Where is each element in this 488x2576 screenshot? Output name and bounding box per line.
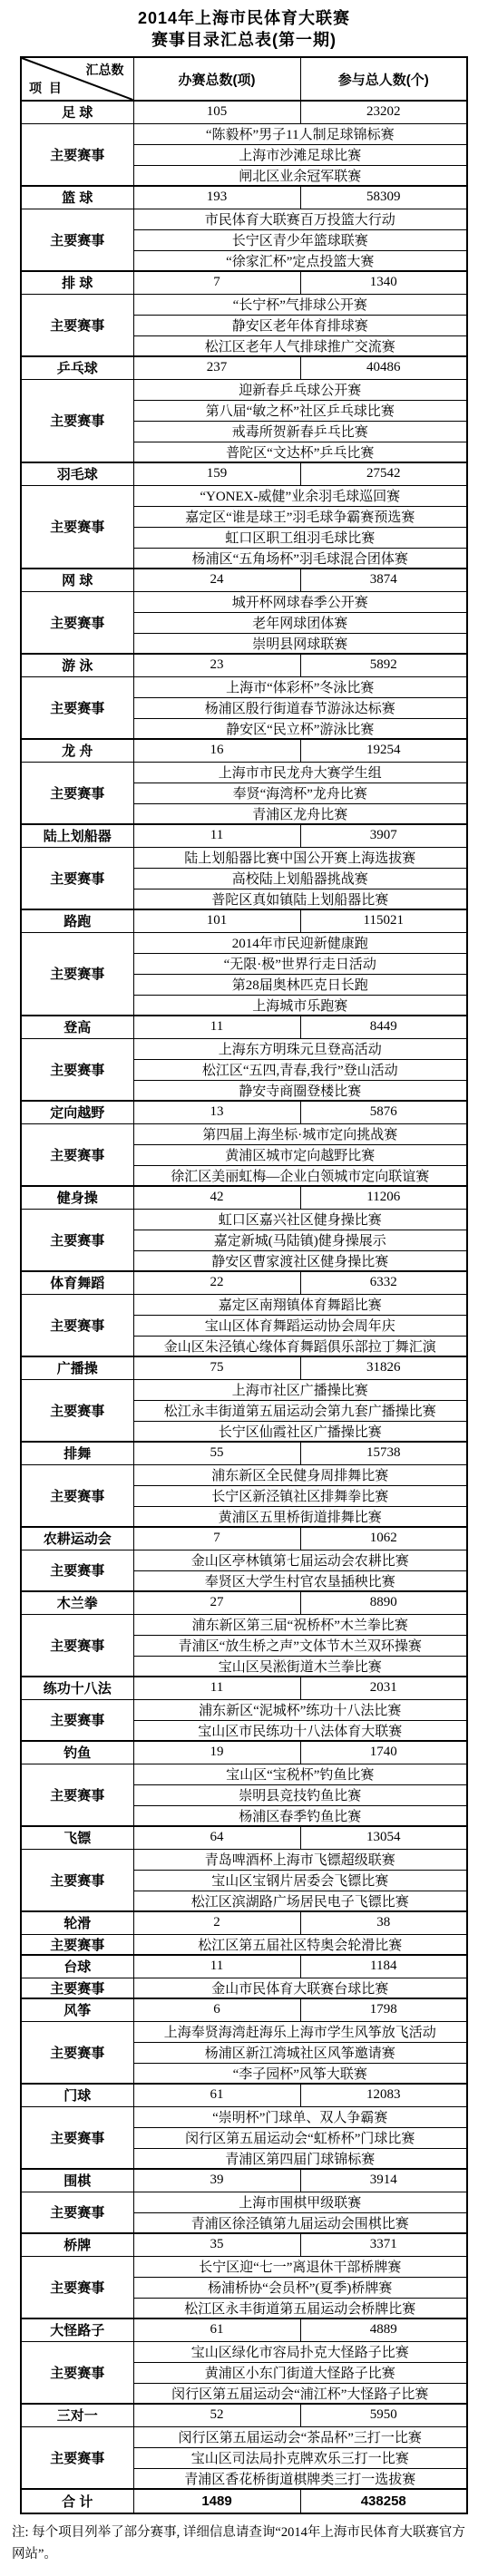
sport-count-cell: 19 xyxy=(133,1741,300,1764)
main-events-label-cell: 主要赛事 xyxy=(21,762,133,824)
sport-participants-cell: 6332 xyxy=(300,1271,467,1294)
event-row: 主要赛事上海奉贤海湾赶海乐上海市学生风筝放飞活动 xyxy=(21,2021,467,2042)
main-events-label-cell: 主要赛事 xyxy=(21,1764,133,1826)
event-name-cell: 闸北区业余冠军联赛 xyxy=(133,165,467,186)
sport-name-cell: 定向越野 xyxy=(21,1101,133,1123)
event-name-cell: 宝山区“宝税杯”钓鱼比赛 xyxy=(133,1764,467,1784)
sport-row: 轮滑238 xyxy=(21,1911,467,1934)
sport-count-cell: 13 xyxy=(133,1101,300,1123)
sport-row: 网 球243874 xyxy=(21,569,467,591)
sport-participants-cell: 38 xyxy=(300,1911,467,1934)
event-name-cell: 上海市社区广播操比赛 xyxy=(133,1379,467,1400)
sport-row: 排 球71340 xyxy=(21,271,467,294)
sport-participants-cell: 31826 xyxy=(300,1356,467,1379)
sport-count-cell: 42 xyxy=(133,1186,300,1209)
sport-name-cell: 体育舞蹈 xyxy=(21,1271,133,1294)
sport-name-cell: 陆上划船器 xyxy=(21,824,133,847)
sport-name-cell: 练功十八法 xyxy=(21,1677,133,1699)
sport-row: 健身操4211206 xyxy=(21,1186,467,1209)
event-row: 主要赛事上海市社区广播操比赛 xyxy=(21,1379,467,1400)
sport-row: 路跑101115021 xyxy=(21,909,467,932)
sport-name-cell: 农耕运动会 xyxy=(21,1527,133,1550)
sport-count-cell: 237 xyxy=(133,356,300,379)
sport-name-cell: 排 球 xyxy=(21,271,133,294)
sport-row: 门球6112083 xyxy=(21,2084,467,2106)
sport-count-cell: 101 xyxy=(133,909,300,932)
main-events-label-cell: 主要赛事 xyxy=(21,485,133,569)
sport-name-cell: 游 泳 xyxy=(21,654,133,676)
event-name-cell: 上海市沙滩足球比赛 xyxy=(133,144,467,165)
main-events-label-cell: 主要赛事 xyxy=(21,2256,133,2318)
event-name-cell: 长宁区迎“七一”离退休干部桥牌赛 xyxy=(133,2256,467,2277)
sport-count-cell: 11 xyxy=(133,1955,300,1978)
event-name-cell: 第四届上海坐标·城市定向挑战赛 xyxy=(133,1123,467,1144)
sport-count-cell: 24 xyxy=(133,569,300,591)
event-name-cell: 嘉定区“谁是球王”羽毛球争霸赛预选赛 xyxy=(133,506,467,527)
event-name-cell: 青岛啤酒杯上海市飞镖超级联赛 xyxy=(133,1849,467,1870)
sport-count-cell: 159 xyxy=(133,462,300,485)
page-title-line2: 赛事目录汇总表(第一期) xyxy=(0,29,488,51)
sport-name-cell: 乒乓球 xyxy=(21,356,133,379)
sport-row: 围棋393914 xyxy=(21,2169,467,2192)
sport-count-cell: 55 xyxy=(133,1442,300,1464)
event-name-cell: 长宁区青少年篮球联赛 xyxy=(133,229,467,250)
event-row: 主要赛事上海市市民龙舟大赛学生组 xyxy=(21,762,467,783)
sport-participants-cell: 3371 xyxy=(300,2233,467,2256)
event-row: 主要赛事浦东新区“泥城杯”练功十八法比赛 xyxy=(21,1699,467,1720)
event-name-cell: 戒毒所贺新春乒乓比赛 xyxy=(133,421,467,442)
sport-participants-cell: 1740 xyxy=(300,1741,467,1764)
sport-participants-cell: 8449 xyxy=(300,1016,467,1038)
event-name-cell: 杨浦桥协“会员杯”(夏季)桥牌赛 xyxy=(133,2277,467,2298)
sport-name-cell: 桥牌 xyxy=(21,2233,133,2256)
main-events-label-cell: 主要赛事 xyxy=(21,379,133,462)
sport-participants-cell: 3907 xyxy=(300,824,467,847)
event-name-cell: 市民体育大联赛百万投篮大行动 xyxy=(133,209,467,229)
event-name-cell: 青浦区第四届门球锦标赛 xyxy=(133,2148,467,2169)
sport-row: 羽毛球15927542 xyxy=(21,462,467,485)
event-name-cell: “徐家汇杯”定点投篮大赛 xyxy=(133,250,467,271)
main-events-label-cell: 主要赛事 xyxy=(21,1699,133,1741)
event-name-cell: 崇明县网球联赛 xyxy=(133,633,467,654)
sport-row: 登高118449 xyxy=(21,1016,467,1038)
sport-row: 三对一525950 xyxy=(21,2404,467,2426)
event-row: 主要赛事青岛啤酒杯上海市飞镖超级联赛 xyxy=(21,1849,467,1870)
footnote: 注: 每个项目列举了部分赛事, 详细信息请查询“2014年上海市民体育大联赛官方… xyxy=(12,2522,476,2576)
event-name-cell: 宝山区体育舞蹈运动协会周年庆 xyxy=(133,1315,467,1336)
event-row: 主要赛事2014年市民迎新健康跑 xyxy=(21,932,467,953)
main-events-label-cell: 主要赛事 xyxy=(21,294,133,356)
sport-name-cell: 篮 球 xyxy=(21,186,133,209)
sport-participants-cell: 27542 xyxy=(300,462,467,485)
main-events-label-cell: 主要赛事 xyxy=(21,847,133,909)
event-name-cell: 崇明县竞技钓鱼比赛 xyxy=(133,1784,467,1805)
event-name-cell: 黄浦区城市定向越野比赛 xyxy=(133,1144,467,1165)
main-events-label-cell: 主要赛事 xyxy=(21,1934,133,1955)
event-name-cell: 金山区亭林镇第七届运动会农耕比赛 xyxy=(133,1550,467,1570)
event-name-cell: 静安区曹家渡社区健身操比赛 xyxy=(133,1250,467,1271)
event-name-cell: 浦东新区“泥城杯”练功十八法比赛 xyxy=(133,1699,467,1720)
sport-count-cell: 61 xyxy=(133,2318,300,2341)
sport-participants-cell: 1798 xyxy=(300,1998,467,2021)
event-name-cell: 第28届奥林匹克日长跑 xyxy=(133,974,467,995)
event-name-cell: 宝山区绿化市容局扑克大怪路子比赛 xyxy=(133,2341,467,2362)
event-name-cell: 闵行区第五届运动会“浦江杯”大怪路子比赛 xyxy=(133,2383,467,2404)
event-name-cell: 青浦区徐泾镇第九届运动会围棋比赛 xyxy=(133,2212,467,2233)
total-row: 合 计 1489 438258 xyxy=(21,2489,467,2513)
event-row: 主要赛事“长宁杯”气排球公开赛 xyxy=(21,294,467,315)
event-name-cell: 第八届“敏之杯”社区乒乓球比赛 xyxy=(133,400,467,421)
event-name-cell: 黄浦区五里桥街道排舞比赛 xyxy=(133,1506,467,1527)
event-name-cell: 虹口区职工组羽毛球比赛 xyxy=(133,527,467,548)
sport-row: 大怪路子614889 xyxy=(21,2318,467,2341)
main-events-label-cell: 主要赛事 xyxy=(21,1294,133,1356)
sport-participants-cell: 1184 xyxy=(300,1955,467,1978)
sport-name-cell: 广播操 xyxy=(21,1356,133,1379)
event-name-cell: 松江永丰街道第五届运动会第九套广播操比赛 xyxy=(133,1400,467,1421)
sport-row: 篮 球19358309 xyxy=(21,186,467,209)
header-corner-top-label: 汇总数 xyxy=(86,61,124,79)
event-name-cell: “崇明杯”门球单、双人争霸赛 xyxy=(133,2106,467,2127)
sport-row: 钓鱼191740 xyxy=(21,1741,467,1764)
sport-row: 龙 舟1619254 xyxy=(21,739,467,762)
event-name-cell: 长宁区新泾镇社区排舞拳比赛 xyxy=(133,1485,467,1506)
event-row: 主要赛事金山市民体育大联赛台球比赛 xyxy=(21,1978,467,1998)
event-name-cell: 普陀区“文达杯”乒乓比赛 xyxy=(133,442,467,462)
sport-count-cell: 27 xyxy=(133,1591,300,1614)
event-name-cell: 杨浦区殷行街道春节游泳达标赛 xyxy=(133,697,467,718)
sport-row: 飞镖6413054 xyxy=(21,1826,467,1849)
sport-row: 台球111184 xyxy=(21,1955,467,1978)
main-events-label-cell: 主要赛事 xyxy=(21,1849,133,1911)
sport-row: 木兰拳278890 xyxy=(21,1591,467,1614)
sport-name-cell: 围棋 xyxy=(21,2169,133,2192)
sport-count-cell: 11 xyxy=(133,1677,300,1699)
event-name-cell: 2014年市民迎新健康跑 xyxy=(133,932,467,953)
col-header-participants-total: 参与总人数(个) xyxy=(300,57,467,101)
event-name-cell: 静安区老年体育排球赛 xyxy=(133,315,467,335)
sport-row: 定向越野135876 xyxy=(21,1101,467,1123)
event-name-cell: 青浦区“放生桥之声”文体节木兰双环操赛 xyxy=(133,1635,467,1656)
sport-participants-cell: 4889 xyxy=(300,2318,467,2341)
main-events-label-cell: 主要赛事 xyxy=(21,2426,133,2489)
event-row: 主要赛事上海市围棋甲级联赛 xyxy=(21,2192,467,2212)
sport-name-cell: 健身操 xyxy=(21,1186,133,1209)
event-row: 主要赛事“崇明杯”门球单、双人争霸赛 xyxy=(21,2106,467,2127)
sport-count-cell: 16 xyxy=(133,739,300,762)
sport-row: 练功十八法112031 xyxy=(21,1677,467,1699)
event-row: 主要赛事第四届上海坐标·城市定向挑战赛 xyxy=(21,1123,467,1144)
header-corner-cell: 汇总数 项 目 xyxy=(21,57,133,101)
sport-participants-cell: 115021 xyxy=(300,909,467,932)
sport-row: 乒乓球23740486 xyxy=(21,356,467,379)
event-name-cell: 高校陆上划船器挑战赛 xyxy=(133,868,467,889)
event-name-cell: 上海市围棋甲级联赛 xyxy=(133,2192,467,2212)
sport-participants-cell: 11206 xyxy=(300,1186,467,1209)
sport-name-cell: 大怪路子 xyxy=(21,2318,133,2341)
sport-name-cell: 登高 xyxy=(21,1016,133,1038)
main-events-label-cell: 主要赛事 xyxy=(21,1614,133,1677)
event-row: 主要赛事“陈毅杯”男子11人制足球锦标赛 xyxy=(21,123,467,144)
sport-count-cell: 75 xyxy=(133,1356,300,1379)
event-name-cell: 松江区“五四,青春,我行”登山活动 xyxy=(133,1059,467,1080)
event-row: 主要赛事浦东新区第三届“祝桥杯”木兰拳比赛 xyxy=(21,1614,467,1635)
sport-count-cell: 6 xyxy=(133,1998,300,2021)
sport-count-cell: 7 xyxy=(133,271,300,294)
main-events-label-cell: 主要赛事 xyxy=(21,1464,133,1527)
event-row: 主要赛事浦东新区全民健身周排舞比赛 xyxy=(21,1464,467,1485)
header-row: 汇总数 项 目 办赛总数(项) 参与总人数(个) xyxy=(21,57,467,101)
event-row: 主要赛事松江区第五届社区特奥会轮滑比赛 xyxy=(21,1934,467,1955)
main-events-label-cell: 主要赛事 xyxy=(21,2021,133,2084)
event-name-cell: 松江区滨湖路广场居民电子飞镖比赛 xyxy=(133,1891,467,1911)
event-name-cell: 长宁区仙霞社区广播操比赛 xyxy=(133,1421,467,1442)
sport-name-cell: 风筝 xyxy=(21,1998,133,2021)
sport-count-cell: 52 xyxy=(133,2404,300,2426)
event-row: 主要赛事宝山区绿化市容局扑克大怪路子比赛 xyxy=(21,2341,467,2362)
sport-name-cell: 网 球 xyxy=(21,569,133,591)
main-events-label-cell: 主要赛事 xyxy=(21,1978,133,1998)
sport-row: 游 泳235892 xyxy=(21,654,467,676)
sport-row: 农耕运动会71062 xyxy=(21,1527,467,1550)
sport-count-cell: 23 xyxy=(133,654,300,676)
sport-name-cell: 轮滑 xyxy=(21,1911,133,1934)
page-title-line1: 2014年上海市民体育大联赛 xyxy=(0,7,488,29)
sport-participants-cell: 1340 xyxy=(300,271,467,294)
event-row: 主要赛事上海东方明珠元旦登高活动 xyxy=(21,1038,467,1059)
main-events-label-cell: 主要赛事 xyxy=(21,123,133,186)
event-name-cell: 陆上划船器比赛中国公开赛上海选拔赛 xyxy=(133,847,467,868)
main-events-label-cell: 主要赛事 xyxy=(21,1379,133,1442)
sport-count-cell: 35 xyxy=(133,2233,300,2256)
event-name-cell: 杨浦区“五角场杯”羽毛球混合团体赛 xyxy=(133,548,467,569)
event-name-cell: 奉贤区大学生村官农垦插秧比赛 xyxy=(133,1570,467,1591)
event-name-cell: 虹口区嘉兴社区健身操比赛 xyxy=(133,1209,467,1230)
document-page: 2014年上海市民体育大联赛 赛事目录汇总表(第一期) 汇总数 项 目 办赛总数… xyxy=(0,0,488,2576)
table-header: 汇总数 项 目 办赛总数(项) 参与总人数(个) xyxy=(21,57,467,101)
event-name-cell: 浦东新区第三届“祝桥杯”木兰拳比赛 xyxy=(133,1614,467,1635)
sport-name-cell: 钓鱼 xyxy=(21,1741,133,1764)
event-row: 主要赛事“YONEX-威健”业余羽毛球巡回赛 xyxy=(21,485,467,506)
main-events-label-cell: 主要赛事 xyxy=(21,2106,133,2169)
event-name-cell: 金山区朱泾镇心缘体育舞蹈俱乐部拉丁舞汇演 xyxy=(133,1336,467,1356)
sport-participants-cell: 13054 xyxy=(300,1826,467,1849)
event-name-cell: “无限·极”世界行走日活动 xyxy=(133,953,467,974)
sport-row: 桥牌353371 xyxy=(21,2233,467,2256)
event-row: 主要赛事迎新春乒乓球公开赛 xyxy=(21,379,467,400)
event-name-cell: 浦东新区全民健身周排舞比赛 xyxy=(133,1464,467,1485)
main-events-label-cell: 主要赛事 xyxy=(21,591,133,654)
event-name-cell: 上海市市民龙舟大赛学生组 xyxy=(133,762,467,783)
event-name-cell: 静安区“民立杯”游泳比赛 xyxy=(133,718,467,739)
event-name-cell: 嘉定新城(马陆镇)健身操展示 xyxy=(133,1230,467,1250)
event-name-cell: 宝山区吴淞街道木兰拳比赛 xyxy=(133,1656,467,1677)
sport-row: 风筝61798 xyxy=(21,1998,467,2021)
sport-participants-cell: 3914 xyxy=(300,2169,467,2192)
event-name-cell: 宝山区宝钢片居委会飞镖比赛 xyxy=(133,1870,467,1891)
sport-name-cell: 门球 xyxy=(21,2084,133,2106)
col-header-events-total: 办赛总数(项) xyxy=(133,57,300,101)
sport-participants-cell: 15738 xyxy=(300,1442,467,1464)
main-events-label-cell: 主要赛事 xyxy=(21,676,133,739)
sport-row: 排舞5515738 xyxy=(21,1442,467,1464)
sport-row: 广播操7531826 xyxy=(21,1356,467,1379)
sport-name-cell: 排舞 xyxy=(21,1442,133,1464)
sport-row: 陆上划船器113907 xyxy=(21,824,467,847)
event-name-cell: 金山市民体育大联赛台球比赛 xyxy=(133,1978,467,1998)
event-name-cell: 青浦区香花桥街道棋牌类三打一选拔赛 xyxy=(133,2468,467,2489)
event-name-cell: 松江区永丰街道第五届运动会桥牌比赛 xyxy=(133,2298,467,2318)
event-name-cell: 松江区第五届社区特奥会轮滑比赛 xyxy=(133,1934,467,1955)
event-row: 主要赛事市民体育大联赛百万投篮大行动 xyxy=(21,209,467,229)
main-events-label-cell: 主要赛事 xyxy=(21,2341,133,2404)
table-footer: 合 计 1489 438258 xyxy=(21,2489,467,2513)
sport-name-cell: 台球 xyxy=(21,1955,133,1978)
sport-count-cell: 7 xyxy=(133,1527,300,1550)
event-name-cell: 上海市“体彩杯”冬泳比赛 xyxy=(133,676,467,697)
sport-count-cell: 39 xyxy=(133,2169,300,2192)
main-events-label-cell: 主要赛事 xyxy=(21,209,133,271)
sport-participants-cell: 3874 xyxy=(300,569,467,591)
event-name-cell: 宝山区市民练功十八法体育大联赛 xyxy=(133,1720,467,1741)
sport-participants-cell: 5876 xyxy=(300,1101,467,1123)
sport-participants-cell: 5892 xyxy=(300,654,467,676)
event-row: 主要赛事上海市“体彩杯”冬泳比赛 xyxy=(21,676,467,697)
event-row: 主要赛事闵行区第五届运动会“茶品杯”三打一比赛 xyxy=(21,2426,467,2447)
table-body: 足 球10523202主要赛事“陈毅杯”男子11人制足球锦标赛上海市沙滩足球比赛… xyxy=(21,101,467,2489)
event-name-cell: 奉贤“海湾杯”龙舟比赛 xyxy=(133,783,467,803)
event-name-cell: 上海奉贤海湾赶海乐上海市学生风筝放飞活动 xyxy=(133,2021,467,2042)
event-row: 主要赛事陆上划船器比赛中国公开赛上海选拔赛 xyxy=(21,847,467,868)
sport-count-cell: 61 xyxy=(133,2084,300,2106)
event-row: 主要赛事嘉定区南翔镇体育舞蹈比赛 xyxy=(21,1294,467,1315)
event-name-cell: 宝山区司法局扑克牌欢乐三打一比赛 xyxy=(133,2447,467,2468)
main-events-label-cell: 主要赛事 xyxy=(21,1209,133,1271)
sport-count-cell: 11 xyxy=(133,1016,300,1038)
event-name-cell: “长宁杯”气排球公开赛 xyxy=(133,294,467,315)
event-name-cell: “YONEX-威健”业余羽毛球巡回赛 xyxy=(133,485,467,506)
event-name-cell: 上海东方明珠元旦登高活动 xyxy=(133,1038,467,1059)
event-name-cell: 闵行区第五届运动会“茶品杯”三打一比赛 xyxy=(133,2426,467,2447)
event-name-cell: 杨浦区新江湾城社区风筝邀请赛 xyxy=(133,2042,467,2063)
sport-count-cell: 22 xyxy=(133,1271,300,1294)
sport-name-cell: 路跑 xyxy=(21,909,133,932)
sport-count-cell: 105 xyxy=(133,101,300,123)
sport-count-cell: 64 xyxy=(133,1826,300,1849)
sport-name-cell: 三对一 xyxy=(21,2404,133,2426)
event-name-cell: 闵行区第五届运动会“虹桥杯”门球比赛 xyxy=(133,2127,467,2148)
main-events-label-cell: 主要赛事 xyxy=(21,2192,133,2233)
main-events-label-cell: 主要赛事 xyxy=(21,1550,133,1591)
sport-name-cell: 木兰拳 xyxy=(21,1591,133,1614)
event-row: 主要赛事城开杯网球春季公开赛 xyxy=(21,591,467,612)
total-label-cell: 合 计 xyxy=(21,2489,133,2513)
event-name-cell: 普陀区真如镇陆上划船器比赛 xyxy=(133,889,467,909)
event-row: 主要赛事金山区亭林镇第七届运动会农耕比赛 xyxy=(21,1550,467,1570)
sport-participants-cell: 8890 xyxy=(300,1591,467,1614)
sport-name-cell: 羽毛球 xyxy=(21,462,133,485)
event-name-cell: “李子园杯”风筝大联赛 xyxy=(133,2063,467,2084)
sport-row: 足 球10523202 xyxy=(21,101,467,123)
event-name-cell: 松江区老年人气排球推广交流赛 xyxy=(133,335,467,356)
sport-participants-cell: 58309 xyxy=(300,186,467,209)
event-name-cell: “陈毅杯”男子11人制足球锦标赛 xyxy=(133,123,467,144)
main-events-label-cell: 主要赛事 xyxy=(21,1123,133,1186)
event-row: 主要赛事长宁区迎“七一”离退休干部桥牌赛 xyxy=(21,2256,467,2277)
header-corner-bottom-label: 项 目 xyxy=(29,79,63,97)
event-row: 主要赛事宝山区“宝税杯”钓鱼比赛 xyxy=(21,1764,467,1784)
sport-count-cell: 11 xyxy=(133,824,300,847)
event-name-cell: 上海城市乐跑赛 xyxy=(133,995,467,1016)
event-name-cell: 老年网球团体赛 xyxy=(133,612,467,633)
sport-participants-cell: 23202 xyxy=(300,101,467,123)
event-name-cell: 徐汇区美丽虹梅—企业白领城市定向联谊赛 xyxy=(133,1165,467,1186)
sport-participants-cell: 12083 xyxy=(300,2084,467,2106)
event-name-cell: 城开杯网球春季公开赛 xyxy=(133,591,467,612)
event-row: 主要赛事虹口区嘉兴社区健身操比赛 xyxy=(21,1209,467,1230)
event-name-cell: 静安寺商圈登楼比赛 xyxy=(133,1080,467,1101)
sport-participants-cell: 5950 xyxy=(300,2404,467,2426)
event-name-cell: 迎新春乒乓球公开赛 xyxy=(133,379,467,400)
sport-name-cell: 飞镖 xyxy=(21,1826,133,1849)
sport-participants-cell: 19254 xyxy=(300,739,467,762)
sport-name-cell: 足 球 xyxy=(21,101,133,123)
sport-count-cell: 2 xyxy=(133,1911,300,1934)
sport-name-cell: 龙 舟 xyxy=(21,739,133,762)
main-events-label-cell: 主要赛事 xyxy=(21,932,133,1016)
event-name-cell: 黄浦区小东门街道大怪路子比赛 xyxy=(133,2362,467,2383)
main-events-label-cell: 主要赛事 xyxy=(21,1038,133,1101)
sport-participants-cell: 2031 xyxy=(300,1677,467,1699)
total-count-cell: 1489 xyxy=(133,2489,300,2513)
summary-table: 汇总数 项 目 办赛总数(项) 参与总人数(个) 足 球10523202主要赛事… xyxy=(20,56,468,2514)
event-name-cell: 青浦区龙舟比赛 xyxy=(133,803,467,824)
event-name-cell: 嘉定区南翔镇体育舞蹈比赛 xyxy=(133,1294,467,1315)
sport-participants-cell: 40486 xyxy=(300,356,467,379)
sport-count-cell: 193 xyxy=(133,186,300,209)
event-name-cell: 杨浦区春季钓鱼比赛 xyxy=(133,1805,467,1826)
sport-row: 体育舞蹈226332 xyxy=(21,1271,467,1294)
total-participants-cell: 438258 xyxy=(300,2489,467,2513)
sport-participants-cell: 1062 xyxy=(300,1527,467,1550)
